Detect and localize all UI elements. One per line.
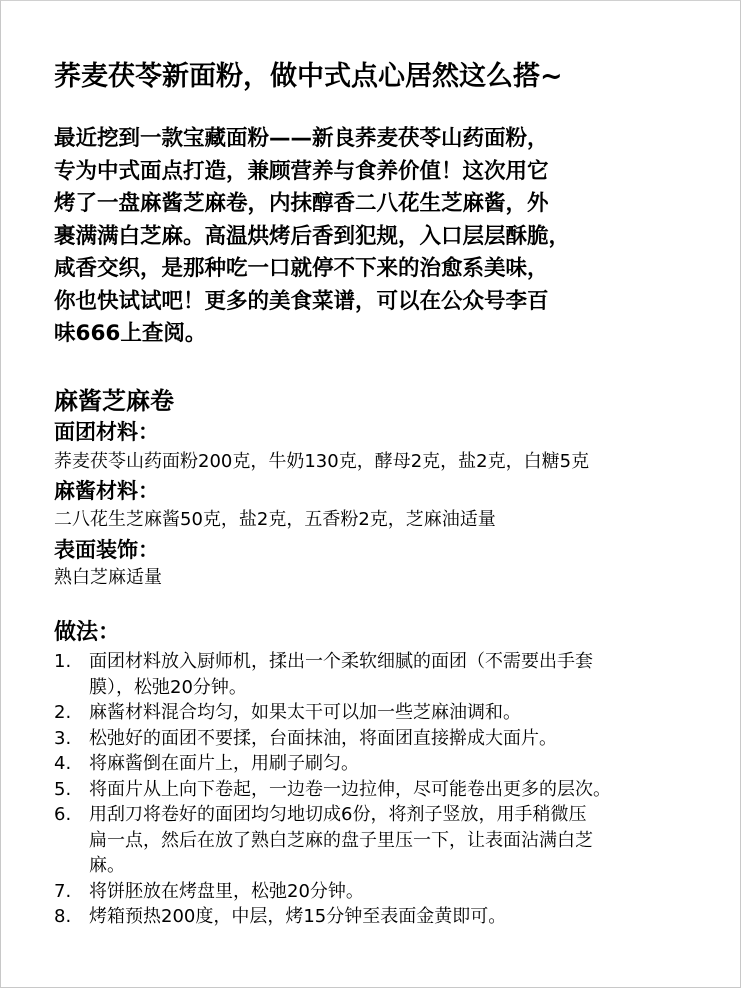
step-text: 麻酱材料混合均匀，如果太干可以加一些芝麻油调和。: [89, 700, 694, 726]
method-step: 2. 麻酱材料混合均匀，如果太干可以加一些芝麻油调和。: [54, 700, 694, 726]
step-text: 松弛好的面团不要揉，台面抹油，将面团直接擀成大面片。: [89, 726, 694, 752]
intro-line: 咸香交织，是那种吃一口就停不下来的治愈系美味，: [54, 253, 694, 286]
step-text: 烤箱预热200度，中层，烤15分钟至表面金黄即可。: [89, 904, 694, 930]
intro-line: 你也快试试吧！更多的美食菜谱，可以在公众号李百: [54, 286, 694, 319]
step-number: 4.: [54, 751, 84, 777]
step-number: 8.: [54, 904, 84, 930]
step-line: 将面片从上向下卷起，一边卷一边拉伸，尽可能卷出更多的层次。: [89, 777, 694, 803]
step-number: 6.: [54, 802, 84, 828]
intro-line: 专为中式面点打造，兼顾营养与食养价值！这次用它: [54, 156, 694, 189]
step-text: 面团材料放入厨师机，揉出一个柔软细腻的面团（不需要出手套 膜），松弛20分钟。: [89, 649, 694, 700]
step-line: 松弛好的面团不要揉，台面抹油，将面团直接擀成大面片。: [89, 726, 694, 752]
sauce-ingredients-heading: 麻酱材料：: [54, 477, 159, 505]
step-line: 用刮刀将卷好的面团均匀地切成6份，将剂子竖放，用手稍微压: [89, 802, 694, 828]
topping-text: 熟白芝麻适量: [54, 566, 162, 590]
method-steps-list: 1. 面团材料放入厨师机，揉出一个柔软细腻的面团（不需要出手套 膜），松弛20分…: [54, 649, 694, 930]
step-number: 2.: [54, 700, 84, 726]
method-step: 5. 将面片从上向下卷起，一边卷一边拉伸，尽可能卷出更多的层次。: [54, 777, 694, 803]
dough-ingredients-heading: 面团材料：: [54, 418, 159, 446]
step-text: 将面片从上向下卷起，一边卷一边拉伸，尽可能卷出更多的层次。: [89, 777, 694, 803]
document-page: 荞麦茯苓新面粉，做中式点心居然这么搭~ 最近挖到一款宝藏面粉——新良荞麦茯苓山药…: [0, 0, 741, 988]
recipe-title: 麻酱芝麻卷: [54, 385, 174, 417]
intro-line: 烤了一盘麻酱芝麻卷，内抹醇香二八花生芝麻酱，外: [54, 188, 694, 221]
document-title: 荞麦茯苓新面粉，做中式点心居然这么搭~: [54, 59, 563, 95]
step-number: 7.: [54, 879, 84, 905]
topping-heading: 表面装饰：: [54, 536, 159, 564]
step-line: 烤箱预热200度，中层，烤15分钟至表面金黄即可。: [89, 904, 694, 930]
step-line: 扁一点，然后在放了熟白芝麻的盘子里压一下，让表面沾满白芝: [89, 828, 694, 854]
step-number: 5.: [54, 777, 84, 803]
step-number: 1.: [54, 649, 84, 675]
step-text: 将饼胚放在烤盘里，松弛20分钟。: [89, 879, 694, 905]
step-text: 用刮刀将卷好的面团均匀地切成6份，将剂子竖放，用手稍微压 扁一点，然后在放了熟白…: [89, 802, 694, 879]
step-text: 将麻酱倒在面片上，用刷子刷匀。: [89, 751, 694, 777]
method-step: 6. 用刮刀将卷好的面团均匀地切成6份，将剂子竖放，用手稍微压 扁一点，然后在放…: [54, 802, 694, 879]
method-step: 7. 将饼胚放在烤盘里，松弛20分钟。: [54, 879, 694, 905]
method-step: 3. 松弛好的面团不要揉，台面抹油，将面团直接擀成大面片。: [54, 726, 694, 752]
step-line: 膜），松弛20分钟。: [89, 675, 694, 701]
intro-paragraph: 最近挖到一款宝藏面粉——新良荞麦茯苓山药面粉， 专为中式面点打造，兼顾营养与食养…: [54, 123, 694, 351]
sauce-ingredients-text: 二八花生芝麻酱50克，盐2克，五香粉2克，芝麻油适量: [54, 508, 496, 532]
intro-line: 最近挖到一款宝藏面粉——新良荞麦茯苓山药面粉，: [54, 123, 694, 156]
step-line: 麻酱材料混合均匀，如果太干可以加一些芝麻油调和。: [89, 700, 694, 726]
intro-line: 裹满满白芝麻。高温烘烤后香到犯规，入口层层酥脆，: [54, 221, 694, 254]
step-line: 将麻酱倒在面片上，用刷子刷匀。: [89, 751, 694, 777]
step-line: 面团材料放入厨师机，揉出一个柔软细腻的面团（不需要出手套: [89, 649, 694, 675]
method-step: 4. 将麻酱倒在面片上，用刷子刷匀。: [54, 751, 694, 777]
intro-line: 味666上查阅。: [54, 318, 694, 351]
step-line: 麻。: [89, 853, 694, 879]
method-step: 1. 面团材料放入厨师机，揉出一个柔软细腻的面团（不需要出手套 膜），松弛20分…: [54, 649, 694, 700]
dough-ingredients-text: 荞麦茯苓山药面粉200克，牛奶130克，酵母2克，盐2克，白糖5克: [54, 450, 589, 474]
step-number: 3.: [54, 726, 84, 752]
method-heading: 做法：: [54, 619, 120, 647]
step-line: 将饼胚放在烤盘里，松弛20分钟。: [89, 879, 694, 905]
method-step: 8. 烤箱预热200度，中层，烤15分钟至表面金黄即可。: [54, 904, 694, 930]
